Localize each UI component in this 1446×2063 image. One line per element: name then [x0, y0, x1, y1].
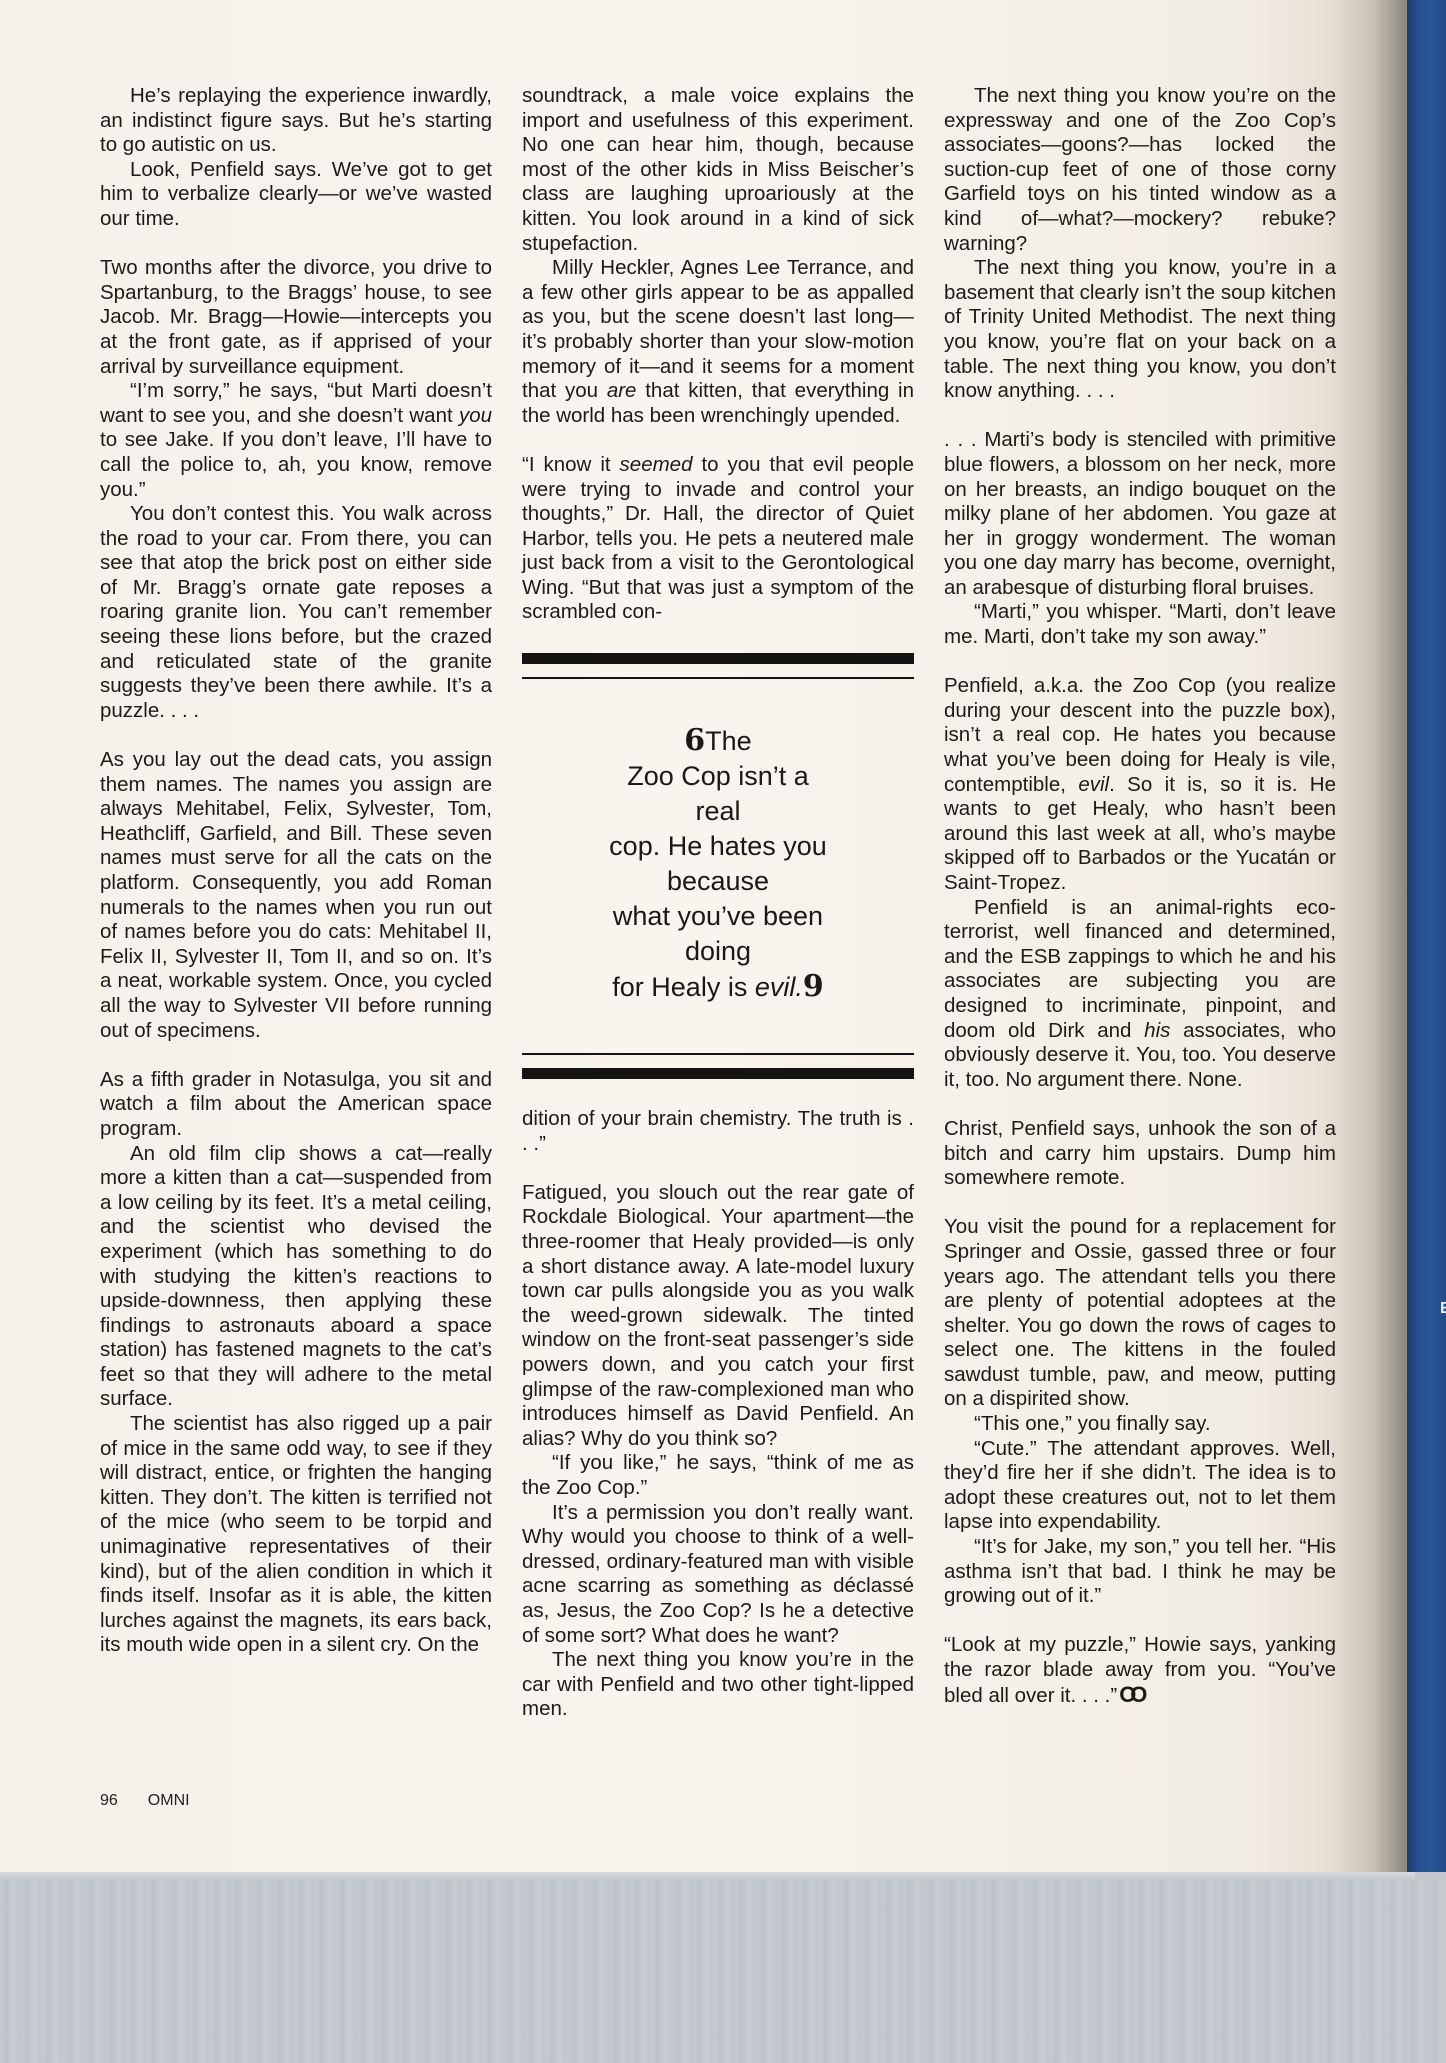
paragraph: Look, Penfield says. We’ve got to get hi… [100, 158, 492, 232]
paragraph: “Marti,” you whisper. “Marti, don’t leav… [944, 600, 1336, 649]
paragraph: He’s replaying the experience inwardly, … [100, 84, 492, 158]
pull-quote-rule-thick [522, 653, 914, 664]
page-edge-shadow [0, 1872, 1415, 1880]
paragraph: Penfield is an animal-rights eco-terrori… [944, 896, 1336, 1093]
emphasis: you [459, 404, 492, 427]
paragraph: You visit the pound for a replacement fo… [944, 1215, 1336, 1412]
page-folio: 96OMNI [100, 1792, 220, 1810]
paragraph: The scientist has also rigged up a pair … [100, 1412, 492, 1658]
paragraph: Christ, Penfield says, unhook the son of… [944, 1117, 1336, 1191]
emphasis: evil. [755, 972, 803, 1002]
emphasis: are [607, 379, 637, 402]
paragraph: “I know it seemed to you that evil peopl… [522, 453, 914, 625]
paragraph: “I’m sorry,” he says, “but Marti doesn’t… [100, 379, 492, 502]
page-number: 96 [100, 1792, 118, 1809]
close-quote-icon: 9 [803, 969, 824, 1004]
paragraph: An old film clip shows a cat—really more… [100, 1142, 492, 1413]
emphasis: evil [1078, 773, 1109, 796]
pull-quote-text: 6The Zoo Cop isn’t a real cop. He hates … [522, 679, 914, 1053]
paragraph: Two months after the divorce, you drive … [100, 256, 492, 379]
magazine-spine [1407, 0, 1446, 1872]
emphasis: his [1144, 1019, 1170, 1042]
paragraph: “Cute.” The attendant approves. Well, th… [944, 1437, 1336, 1535]
text-column-3: The next thing you know you’re on the ex… [944, 84, 1336, 1708]
paragraph: As a fifth grader in Notasulga, you sit … [100, 1068, 492, 1142]
paragraph: . . . Marti’s body is stenciled with pri… [944, 428, 1336, 600]
text-column-2: soundtrack, a male voice explains the im… [522, 84, 914, 1722]
open-quote-icon: 6 [684, 723, 705, 758]
scanner-background [0, 1880, 1446, 2063]
paragraph: “It’s for Jake, my son,” you tell her. “… [944, 1535, 1336, 1609]
paragraph: Milly Heckler, Agnes Lee Terrance, and a… [522, 256, 914, 428]
omni-end-mark-icon: OO [1119, 1683, 1141, 1708]
emphasis: seemed [620, 453, 693, 476]
paragraph: Penfield, a.k.a. the Zoo Cop (you realiz… [944, 674, 1336, 895]
paragraph: The next thing you know you’re in the ca… [522, 1648, 914, 1722]
paragraph: “If you like,” he says, “think of me as … [522, 1451, 914, 1500]
paragraph: The next thing you know, you’re in a bas… [944, 256, 1336, 404]
paragraph: The next thing you know you’re on the ex… [944, 84, 1336, 256]
paragraph: It’s a permission you don’t really want.… [522, 1501, 914, 1649]
paragraph: dition of your brain chemistry. The trut… [522, 1107, 914, 1156]
spine-letter: E [1440, 1300, 1446, 1318]
paragraph: “This one,” you finally say. [944, 1412, 1336, 1437]
paragraph: As you lay out the dead cats, you assign… [100, 748, 492, 1043]
magazine-name: OMNI [148, 1792, 190, 1809]
text-column-1: He’s replaying the experience inwardly, … [100, 84, 492, 1658]
pull-quote: 6The Zoo Cop isn’t a real cop. He hates … [522, 653, 914, 1079]
paragraph: “Look at my puzzle,” Howie says, yanking… [944, 1633, 1336, 1708]
paragraph: Fatigued, you slouch out the rear gate o… [522, 1181, 914, 1452]
paragraph: You don’t contest this. You walk across … [100, 502, 492, 723]
paragraph: soundtrack, a male voice explains the im… [522, 84, 914, 256]
pull-quote-rule-thick [522, 1068, 914, 1079]
